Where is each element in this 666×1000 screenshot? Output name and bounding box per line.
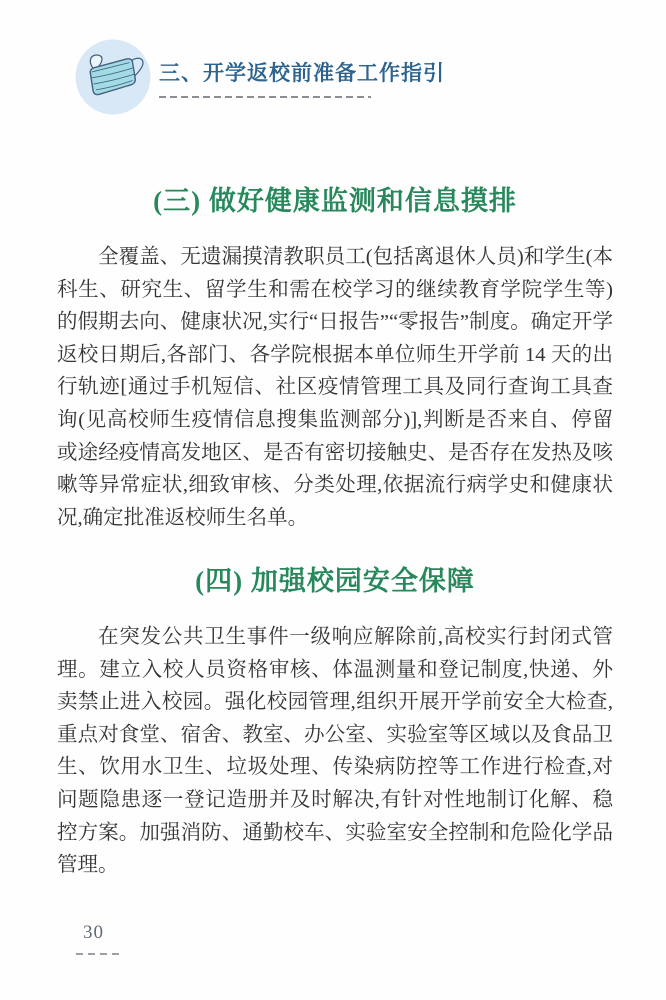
chapter-header-text: 三、开学返校前准备工作指引 (159, 57, 445, 98)
section-heading-4: (四) 加强校园安全保障 (57, 559, 613, 598)
section-heading-3: (三) 做好健康监测和信息摸排 (57, 179, 613, 218)
chapter-title: 三、开学返校前准备工作指引 (159, 57, 445, 87)
face-mask-icon (74, 38, 152, 116)
section-body-4: 在突发公共卫生事件一级响应解除前,高校实行封闭式管理。建立入校人员资格审核、体温… (57, 621, 613, 882)
footer-dashed-rule (76, 953, 121, 955)
section-body-3: 全覆盖、无遗漏摸清教职员工(包括离退休人员)和学生(本科生、研究生、留学生和需在… (57, 241, 613, 534)
page-number: 30 (83, 922, 104, 944)
chapter-header: 三、开学返校前准备工作指引 (74, 38, 445, 116)
header-dashed-rule (159, 96, 371, 98)
document-page: 三、开学返校前准备工作指引 (三) 做好健康监测和信息摸排 全覆盖、无遗漏摸清教… (0, 0, 666, 1000)
